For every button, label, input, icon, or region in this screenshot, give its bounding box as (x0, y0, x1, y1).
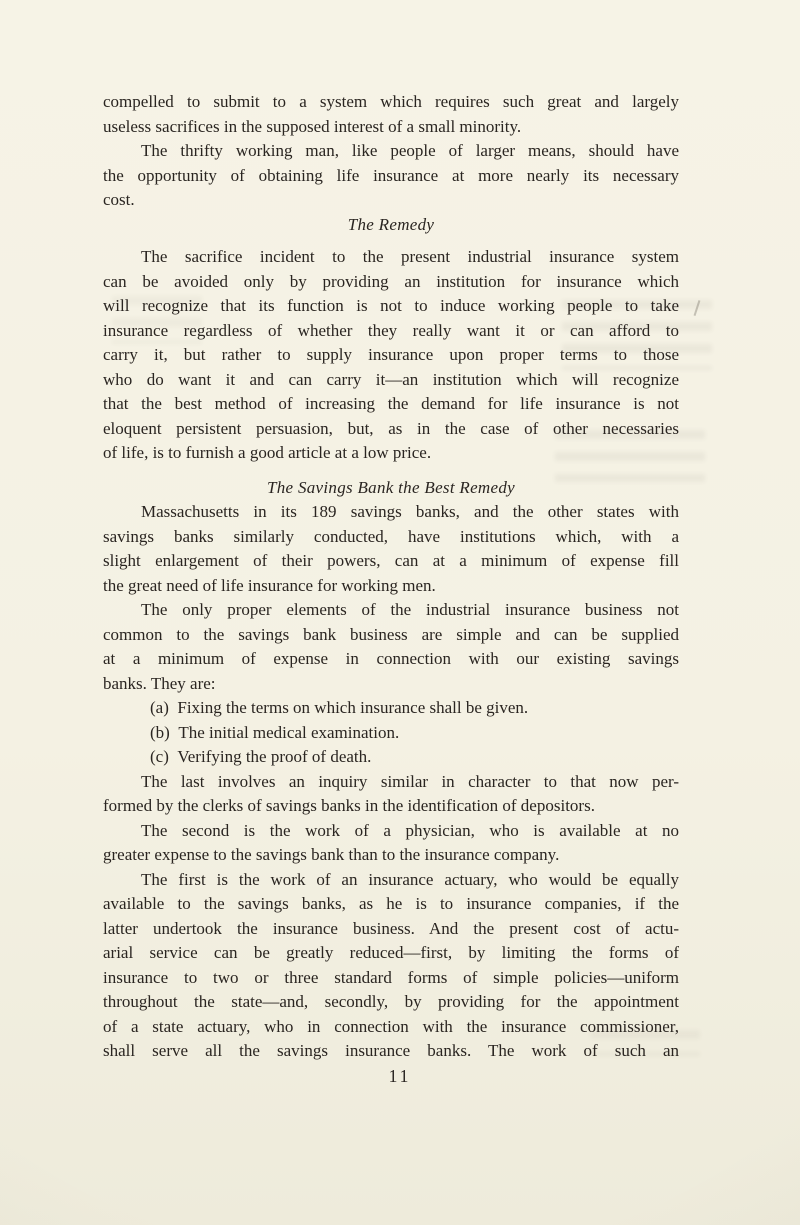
text-line: insurance regardless of whether they rea… (103, 319, 679, 344)
text-line: arial service can be greatly reduced—fir… (103, 941, 679, 966)
text-line: will recognize that its function is not … (103, 294, 679, 319)
paragraph: The last involves an inquiry similar in … (103, 770, 679, 819)
text-line: compelled to submit to a system which re… (103, 90, 679, 115)
text-line: The last involves an inquiry similar in … (103, 770, 679, 795)
text-line: of a state actuary, who in connection wi… (103, 1015, 679, 1040)
text-line: at a minimum of expense in connection wi… (103, 647, 679, 672)
stray-pen-mark (694, 300, 700, 316)
text-line: greater expense to the savings bank than… (103, 843, 679, 868)
text-line: insurance to two or three standard forms… (103, 966, 679, 991)
text-line: the great need of life insurance for wor… (103, 574, 679, 599)
paragraph: Massachusetts in its 189 savings banks, … (103, 500, 679, 598)
text-line: the opportunity of obtaining life insura… (103, 164, 679, 189)
paragraph: The thrifty working man, like people of … (103, 139, 679, 213)
text-line: savings banks similarly conducted, have … (103, 525, 679, 550)
text-line: available to the savings banks, as he is… (103, 892, 679, 917)
paragraph: The sacrifice incident to the present in… (103, 245, 679, 466)
paragraph: compelled to submit to a system which re… (103, 90, 679, 139)
list-item: (a) Fixing the terms on which insurance … (103, 696, 679, 721)
text-line: shall serve all the savings insurance ba… (103, 1039, 679, 1064)
list-item: (b) The initial medical examination. (103, 721, 679, 746)
text-line: can be avoided only by providing an inst… (103, 270, 679, 295)
lettered-list: (a) Fixing the terms on which insurance … (103, 696, 679, 770)
text-line: eloquent persistent persuasion, but, as … (103, 417, 679, 442)
text-line: of life, is to furnish a good article at… (103, 441, 679, 466)
text-line: useless sacrifices in the supposed inter… (103, 115, 679, 140)
text-line: latter undertook the insurance business.… (103, 917, 679, 942)
section-heading: The Savings Bank the Best Remedy (103, 476, 679, 501)
text-line: who do want it and can carry it—an insti… (103, 368, 679, 393)
text-line: throughout the state—and, secondly, by p… (103, 990, 679, 1015)
text-line: carry it, but rather to supply insurance… (103, 343, 679, 368)
text-line: The sacrifice incident to the present in… (103, 245, 679, 270)
text-line: cost. (103, 188, 679, 213)
text-line: The second is the work of a physician, w… (103, 819, 679, 844)
section-heading: The Remedy (103, 213, 679, 238)
text-line: that the best method of increasing the d… (103, 392, 679, 417)
paragraph: The only proper elements of the industri… (103, 598, 679, 696)
paragraph: The first is the work of an insurance ac… (103, 868, 679, 1064)
book-page: compelled to submit to a system which re… (0, 0, 800, 1225)
paragraph: The second is the work of a physician, w… (103, 819, 679, 868)
text-line: slight enlargement of their powers, can … (103, 549, 679, 574)
page-number: 11 (110, 1064, 690, 1088)
text-line: The first is the work of an insurance ac… (103, 868, 679, 893)
text-line: The thrifty working man, like people of … (103, 139, 679, 164)
text-line: formed by the clerks of savings banks in… (103, 794, 679, 819)
text-line: common to the savings bank business are … (103, 623, 679, 648)
text-block: compelled to submit to a system which re… (103, 90, 679, 1064)
text-line: Massachusetts in its 189 savings banks, … (103, 500, 679, 525)
text-line: banks. They are: (103, 672, 679, 697)
text-line: The only proper elements of the industri… (103, 598, 679, 623)
list-item: (c) Verifying the proof of death. (103, 745, 679, 770)
